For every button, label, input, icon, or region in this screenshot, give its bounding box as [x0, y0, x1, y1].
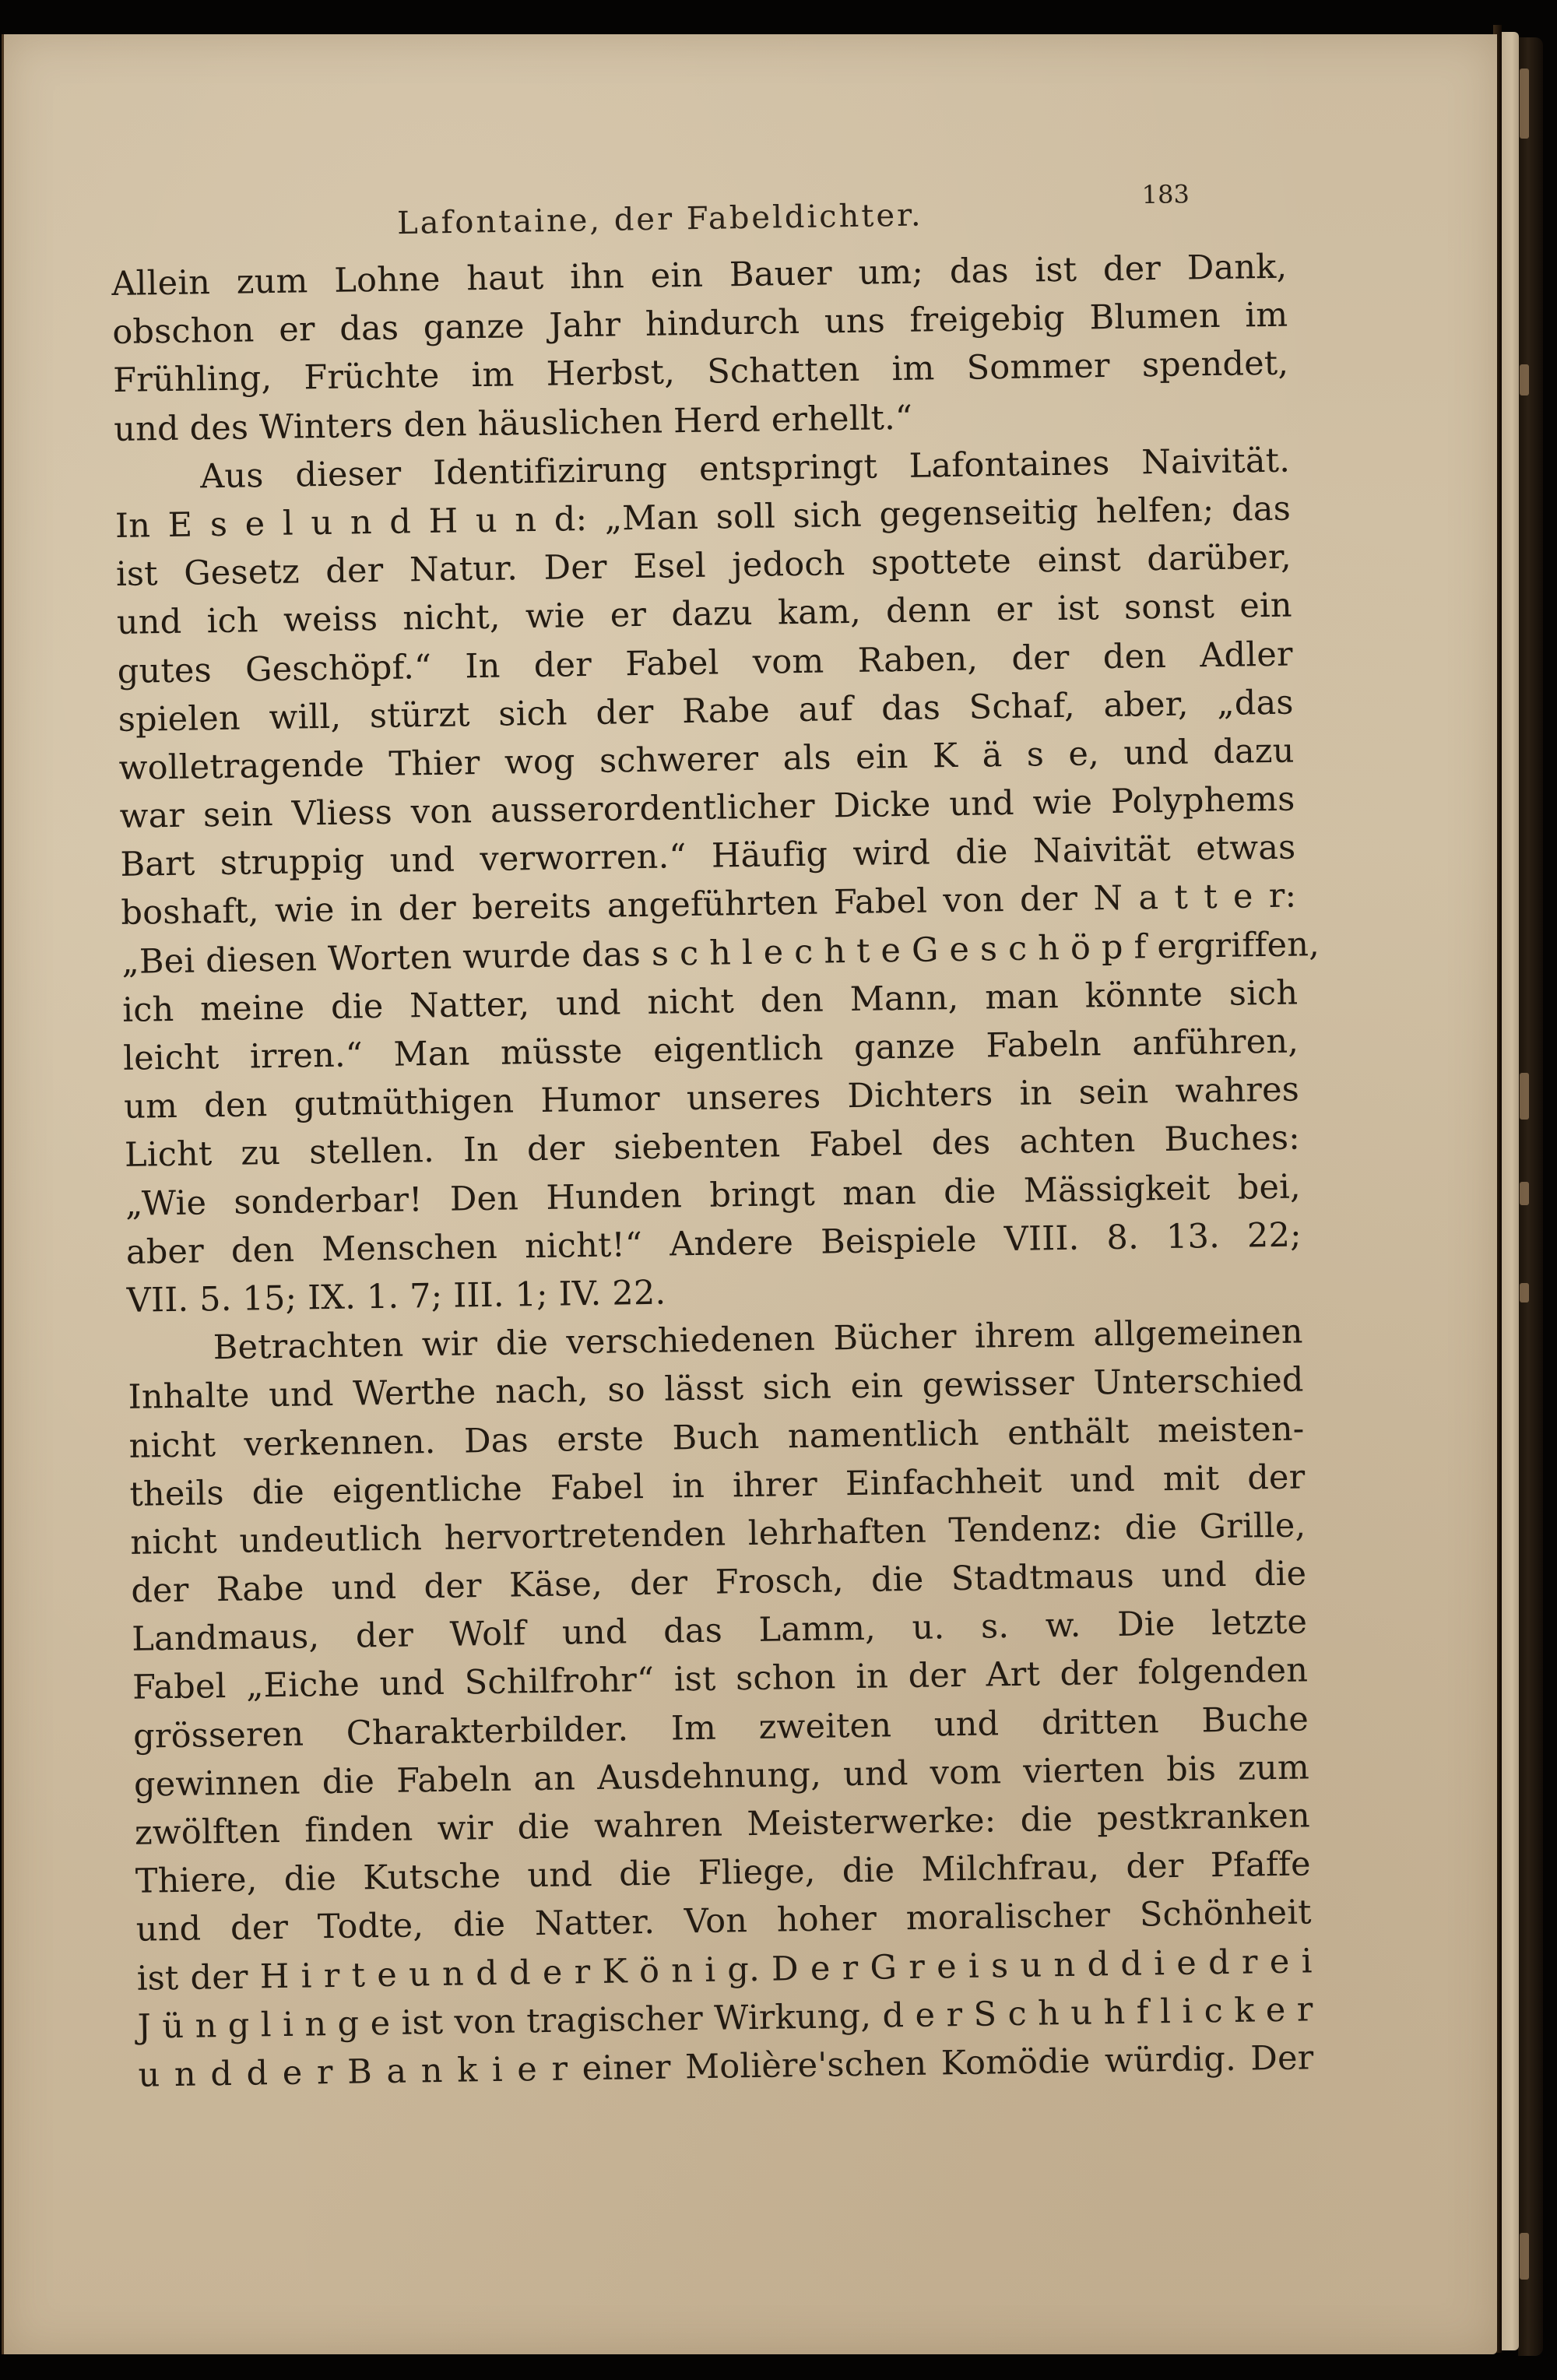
back-page-edge: [1502, 32, 1519, 2350]
scan-background: Lafontaine, der Fabeldichter. 183 Allein…: [0, 0, 1557, 2380]
book-page: Lafontaine, der Fabeldichter. 183 Allein…: [2, 34, 1497, 2354]
page-number: 183: [1141, 179, 1190, 209]
page-header: Lafontaine, der Fabeldichter. 183: [4, 174, 1498, 252]
running-title: Lafontaine, der Fabeldichter.: [397, 198, 923, 242]
book-cover-edge: [1518, 37, 1543, 2356]
body-text: Allein zum Lohne haut ihn ein Bauer um; …: [111, 243, 1314, 2100]
